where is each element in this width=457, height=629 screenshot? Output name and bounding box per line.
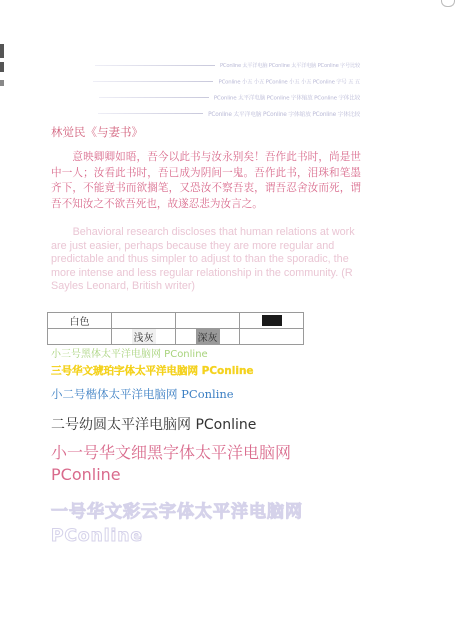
table-row: 白色 [48, 313, 304, 329]
sample-line-tiny-text [93, 81, 213, 82]
cell-empty [176, 313, 240, 329]
cell-white: 白色 [48, 313, 112, 329]
chinese-paragraph: 意映卿卿如晤，吾今以此书与汝永别矣！吾作此书时，尚是世中一人；汝看此书时，吾已成… [51, 150, 361, 212]
sample-line: PConline 太平洋电脑 PConline 太平洋电脑 PConline 字… [55, 55, 360, 71]
sample-line-text: PConline 小五 小五 PConline 小五 小五 PConline 字… [219, 80, 360, 86]
font-sample-youyuan: 二号幼圆太平洋电脑网 PConline [51, 414, 256, 434]
sample-line-tiny-text [98, 113, 203, 114]
sample-line-tiny-text [95, 65, 215, 66]
cell-empty [240, 329, 304, 345]
sample-line: PConline 小五 小五 PConline 小五 小五 PConline 字… [55, 71, 360, 87]
sample-line-text: PConline 太平洋电脑 PConline 字体缩放 PConline 字体… [208, 112, 360, 118]
cell-black [240, 313, 304, 329]
dark-gray-label: 深灰 [196, 329, 220, 344]
sample-line-text: PConline 太平洋电脑 PConline 字体缩放 PConline 字体… [214, 96, 360, 102]
document-title: 林觉民《与妻书》 [51, 124, 143, 140]
scan-edge-mark [0, 62, 4, 72]
english-paragraph: Behavioral research discloses that human… [51, 226, 361, 294]
sample-line-tiny-text [99, 97, 209, 98]
sample-line: PConline 太平洋电脑 PConline 字体缩放 PConline 字体… [55, 87, 360, 103]
font-sample-caiyun: 一号华文彩云字体太平洋电脑网 PConline [51, 500, 351, 548]
scan-edge-mark [0, 80, 4, 86]
font-sample-hupo: 三号华文琥珀字体太平洋电脑网 PConline [51, 363, 254, 378]
font-sample-kaiti: 小二号楷体太平洋电脑网 PConline [51, 386, 234, 402]
black-swatch [262, 315, 282, 326]
corner-mark [441, 0, 455, 7]
font-sample-xihei: 小一号华文细黑字体太平洋电脑网 PConline [51, 442, 351, 486]
sample-line-text: PConline 太平洋电脑 PConline 太平洋电脑 PConline 字… [220, 63, 360, 69]
cell-light-gray: 浅灰 [112, 329, 176, 345]
color-swatch-table: 白色 浅灰 深灰 [47, 312, 304, 345]
font-sample-heiti: 小三号黑体太平洋电脑网 PConline [51, 345, 208, 360]
cell-empty [112, 313, 176, 329]
cell-dark-gray: 深灰 [176, 329, 240, 345]
white-label: 白色 [70, 317, 90, 328]
table-row: 浅灰 深灰 [48, 329, 304, 345]
cell-empty [48, 329, 112, 345]
light-gray-label: 浅灰 [132, 329, 156, 344]
scan-edge-mark [0, 44, 4, 58]
font-size-sample-lines: PConline 太平洋电脑 PConline 太平洋电脑 PConline 字… [55, 55, 360, 119]
sample-line: PConline 太平洋电脑 PConline 字体缩放 PConline 字体… [55, 103, 360, 119]
